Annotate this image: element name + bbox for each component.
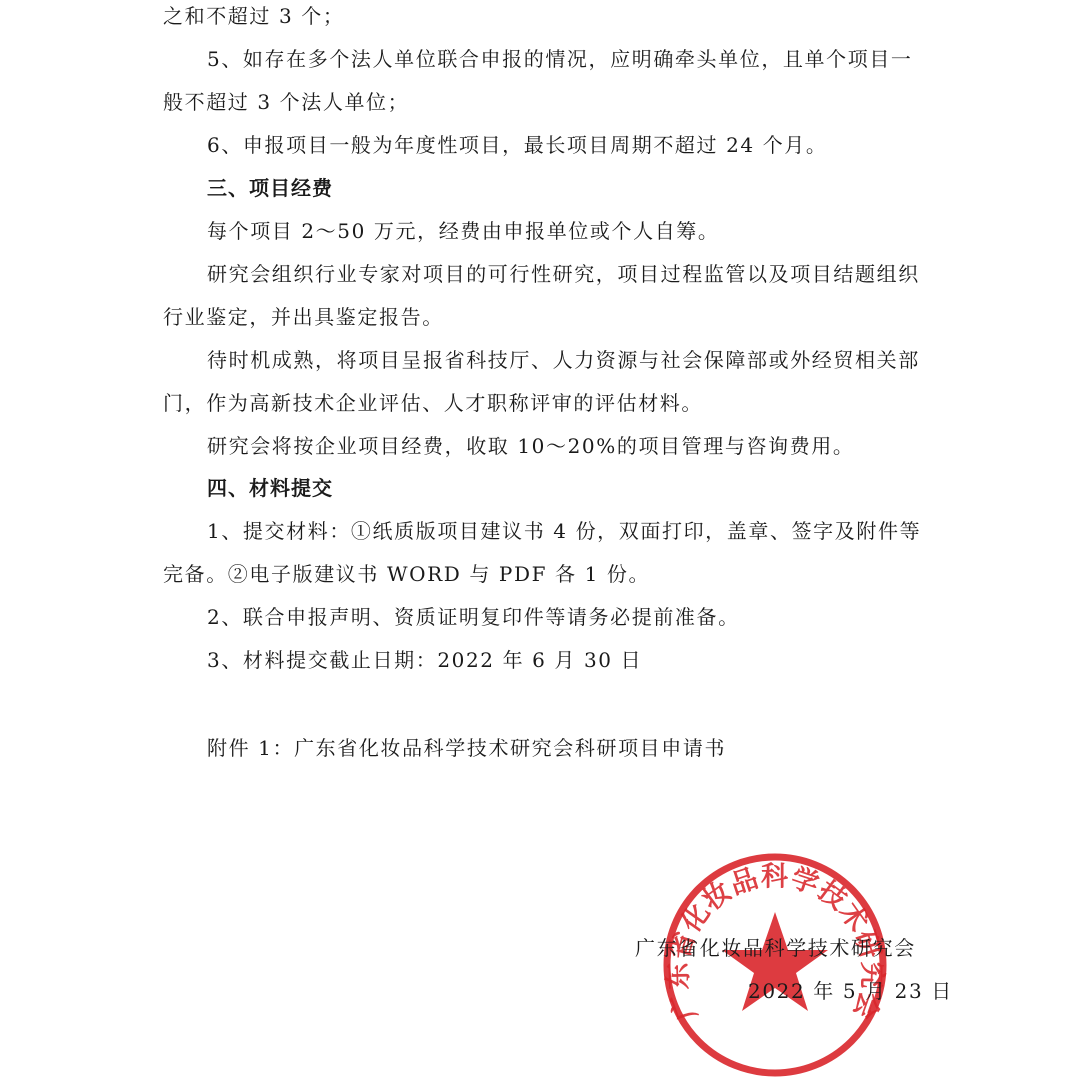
- signature-date: 2022 年 5 月 23 日: [748, 977, 953, 1005]
- body-line: 3、材料提交截止日期：2022 年 6 月 30 日: [207, 646, 967, 674]
- body-line: 之和不超过 3 个；: [163, 2, 923, 30]
- body-line: 研究会将按企业项目经费，收取 10～20%的项目管理与咨询费用。: [207, 432, 967, 460]
- attachment-line: 附件 1：广东省化妆品科学技术研究会科研项目申请书: [207, 734, 967, 762]
- body-line: 研究会组织行业专家对项目的可行性研究，项目过程监管以及项目结题组织: [207, 260, 967, 288]
- body-line: 6、申报项目一般为年度性项目，最长项目周期不超过 24 个月。: [207, 131, 967, 159]
- body-line: 5、如存在多个法人单位联合申报的情况，应明确牵头单位，且单个项目一: [207, 45, 967, 73]
- section-heading-materials: 四、材料提交: [207, 474, 967, 502]
- body-line: 2、联合申报声明、资质证明复印件等请务必提前准备。: [207, 603, 967, 631]
- body-line: 待时机成熟，将项目呈报省科技厅、人力资源与社会保障部或外经贸相关部: [207, 346, 967, 374]
- section-heading-funding: 三、项目经费: [207, 174, 967, 202]
- body-line: 每个项目 2～50 万元，经费由申报单位或个人自筹。: [207, 217, 967, 245]
- official-seal-stamp: 广东省化妆品科学技术研究会: [660, 850, 890, 1080]
- signature-organization: 广东省化妆品科学技术研究会: [635, 934, 916, 962]
- document-page: 之和不超过 3 个； 5、如存在多个法人单位联合申报的情况，应明确牵头单位，且单…: [0, 0, 1080, 1089]
- body-line: 门，作为高新技术企业评估、人才职称评审的评估材料。: [163, 389, 923, 417]
- body-line: 完备。②电子版建议书 WORD 与 PDF 各 1 份。: [163, 560, 923, 588]
- body-line: 行业鉴定，并出具鉴定报告。: [163, 303, 923, 331]
- body-line: 般不超过 3 个法人单位；: [163, 88, 923, 116]
- body-line: 1、提交材料：①纸质版项目建议书 4 份，双面打印，盖章、签字及附件等: [207, 517, 967, 545]
